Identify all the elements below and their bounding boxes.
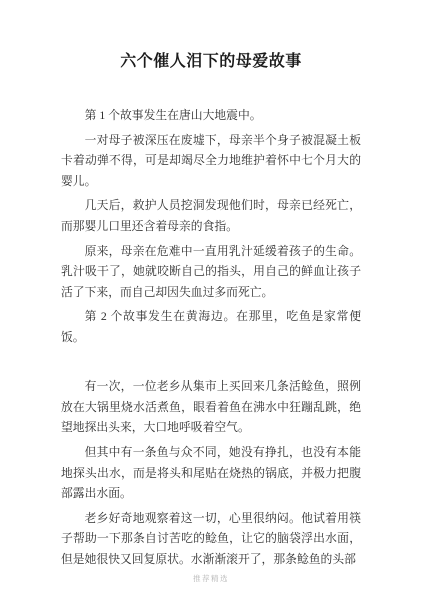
paragraph: 一对母子被深压在废墟下，母亲半个身子被混凝土板卡着动弹不得，可是却竭尽全力地维护… — [61, 130, 361, 192]
paragraph: 原来，母亲在危难中一直用乳汁延缓着孩子的生命。乳汁吸干了，她就咬断自己的指头，用… — [61, 241, 361, 303]
paragraph: 老乡好奇地观察着这一切，心里很纳闷。他试着用筷子帮助一下那条自讨苦吃的鲶鱼，让它… — [61, 508, 361, 570]
document-page: 六个催人泪下的母爱故事 第 1 个故事发生在唐山大地震中。 一对母子被深压在废墟… — [0, 0, 423, 600]
paragraph: 第 2 个故事发生在黄海边。在那里，吃鱼是家常便饭。 — [61, 306, 361, 347]
footer-watermark: 推荐精选 — [61, 573, 361, 584]
paragraph: 几天后，救护人员挖洞发现他们时，母亲已经死亡，而那婴儿口里还含着母亲的食指。 — [61, 195, 361, 236]
paragraph: 但其中有一条鱼与众不同，她没有挣扎，也没有本能地探头出水，而是将头和尾贴在烧热的… — [61, 442, 361, 504]
paragraph: 第 1 个故事发生在唐山大地震中。 — [61, 105, 361, 126]
paragraph: 有一次，一位老乡从集市上买回来几条活鲶鱼，照例放在大锅里烧水活煮鱼，眼看着鱼在沸… — [61, 376, 361, 438]
document-content: 六个催人泪下的母爱故事 第 1 个故事发生在唐山大地震中。 一对母子被深压在废墟… — [61, 0, 361, 584]
page-title: 六个催人泪下的母爱故事 — [61, 52, 361, 71]
paragraph-blank-line — [61, 352, 361, 373]
